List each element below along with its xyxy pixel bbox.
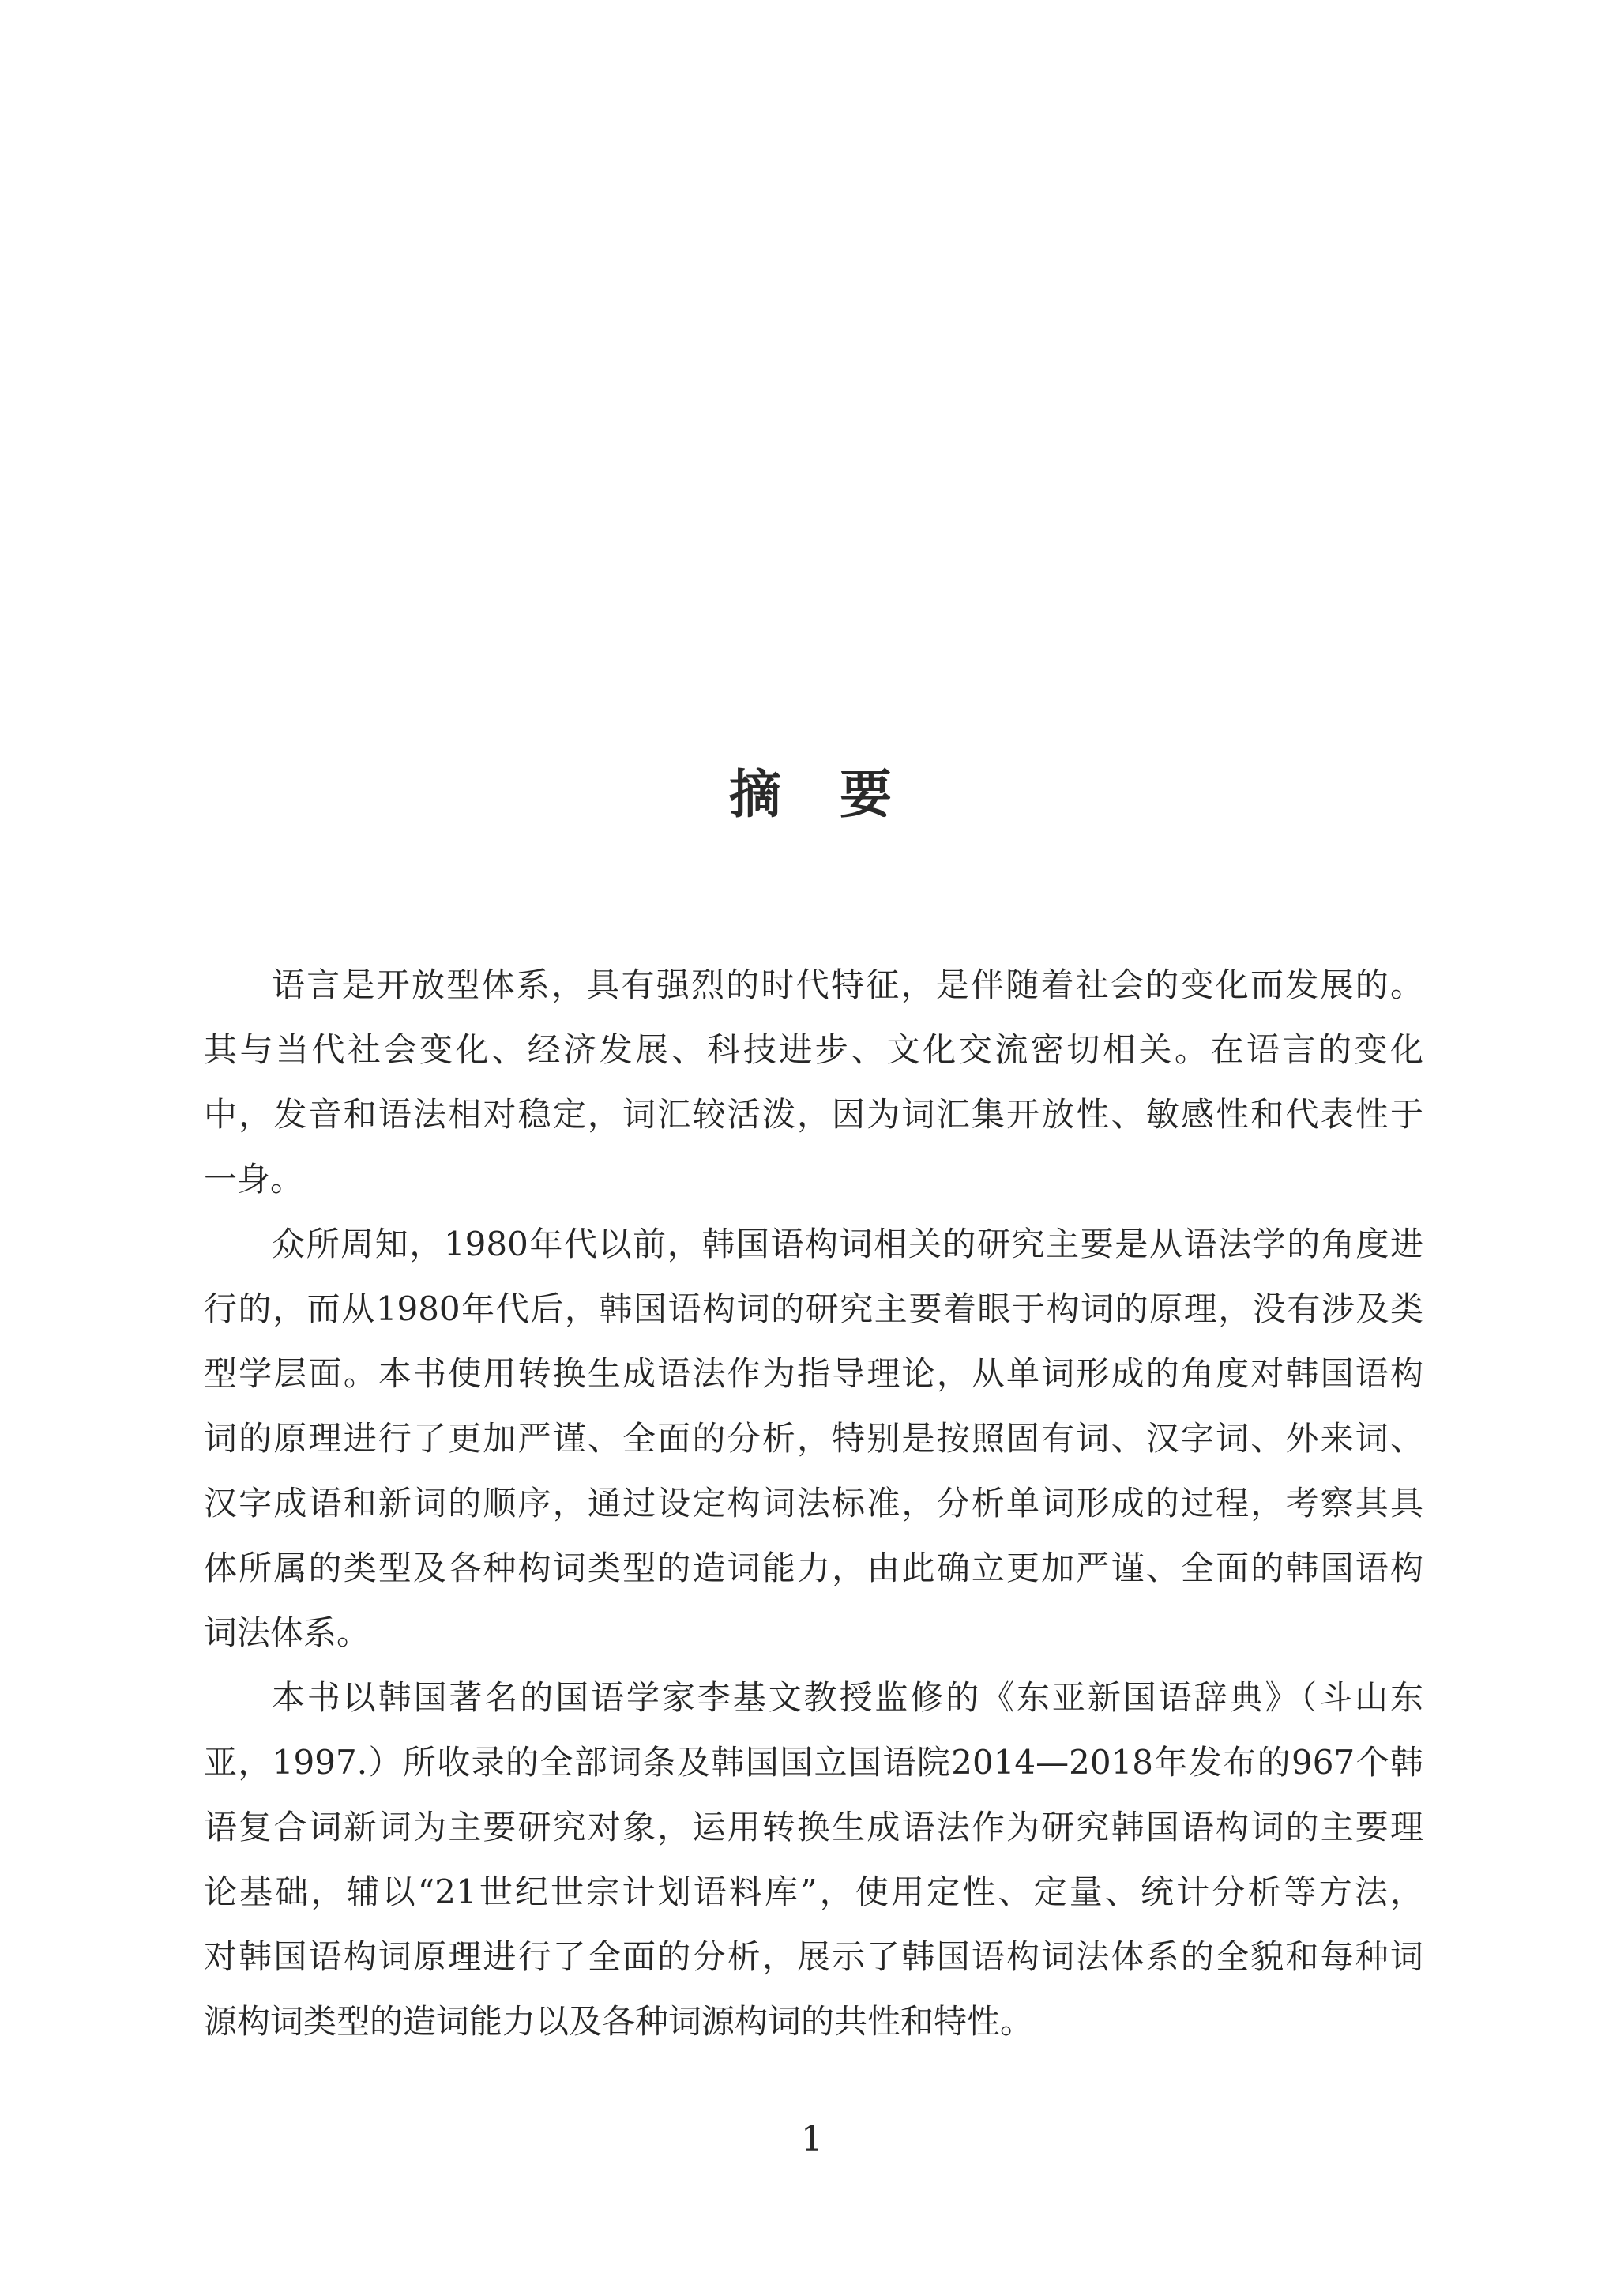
text-line: 语言是开放型体系，具有强烈的时代特征，是伴随着社会的变化而发展的。 xyxy=(204,953,1423,1018)
text-line: 体所属的类型及各种构词类型的造词能力，由此确立更加严谨、全面的韩国语构 xyxy=(204,1536,1423,1601)
text-line: 一身。 xyxy=(204,1147,1423,1212)
text-line: 众所周知，1980年代以前，韩国语构词相关的研究主要是从语法学的角度进 xyxy=(204,1212,1423,1277)
text-line: 汉字成语和新词的顺序，通过设定构词法标准，分析单词形成的过程，考察其具 xyxy=(204,1471,1423,1536)
paragraph: 语言是开放型体系，具有强烈的时代特征，是伴随着社会的变化而发展的。 其与当代社会… xyxy=(204,953,1423,1212)
page-number: 1 xyxy=(0,2119,1624,2159)
text-line: 中，发音和语法相对稳定，词汇较活泼，因为词汇集开放性、敏感性和代表性于 xyxy=(204,1082,1423,1147)
paragraph: 众所周知，1980年代以前，韩国语构词相关的研究主要是从语法学的角度进 行的，而… xyxy=(204,1212,1423,1665)
text-line: 其与当代社会变化、经济发展、科技进步、文化交流密切相关。在语言的变化 xyxy=(204,1018,1423,1082)
paragraph: 本书以韩国著名的国语学家李基文教授监修的《东亚新国语辞典》（斗山东 亚，1997… xyxy=(204,1665,1423,2054)
document-page: 摘 要 语言是开放型体系，具有强烈的时代特征，是伴随着社会的变化而发展的。 其与… xyxy=(0,0,1624,2277)
abstract-body: 语言是开放型体系，具有强烈的时代特征，是伴随着社会的变化而发展的。 其与当代社会… xyxy=(204,953,1423,2054)
text-line: 对韩国语构词原理进行了全面的分析，展示了韩国语构词法体系的全貌和每种词 xyxy=(204,1925,1423,1989)
text-line: 语复合词新词为主要研究对象，运用转换生成语法作为研究韩国语构词的主要理 xyxy=(204,1795,1423,1860)
abstract-title: 摘 要 xyxy=(0,763,1624,826)
text-line: 论基础，辅以“21世纪世宗计划语料库”，使用定性、定量、统计分析等方法， xyxy=(204,1860,1423,1925)
text-line: 词的原理进行了更加严谨、全面的分析，特别是按照固有词、汉字词、外来词、 xyxy=(204,1406,1423,1471)
text-line: 词法体系。 xyxy=(204,1601,1423,1665)
text-line: 行的，而从1980年代后，韩国语构词的研究主要着眼于构词的原理，没有涉及类 xyxy=(204,1277,1423,1342)
text-line: 本书以韩国著名的国语学家李基文教授监修的《东亚新国语辞典》（斗山东 xyxy=(204,1665,1423,1730)
text-line: 亚，1997.）所收录的全部词条及韩国国立国语院2014—2018年发布的967… xyxy=(204,1730,1423,1795)
text-line: 型学层面。本书使用转换生成语法作为指导理论，从单词形成的角度对韩国语构 xyxy=(204,1342,1423,1406)
text-line: 源构词类型的造词能力以及各种词源构词的共性和特性。 xyxy=(204,1989,1423,2054)
